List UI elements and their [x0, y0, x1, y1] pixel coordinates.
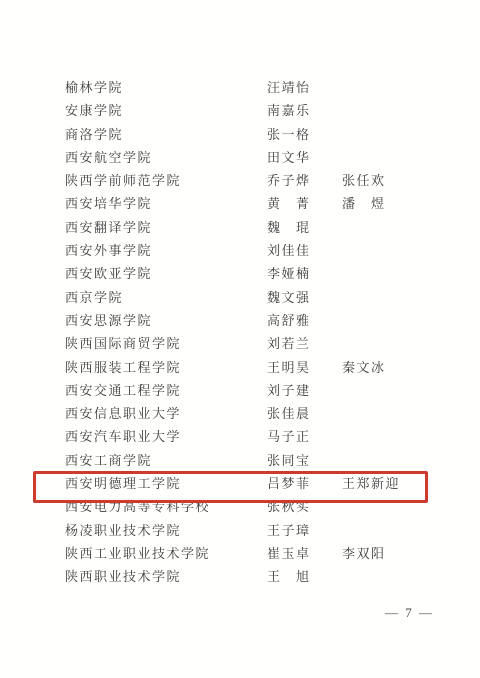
school-name: 陕西工业职业技术学院: [65, 542, 210, 565]
table-row: 陕西服装工程学院 王明昊 秦文冰: [0, 356, 480, 379]
member-name-1: 王子璋: [267, 519, 311, 542]
table-row: 西安翻译学院 魏 琨: [0, 216, 480, 239]
member-name-1: 魏文强: [267, 286, 311, 309]
school-name: 西安信息职业大学: [65, 402, 181, 425]
member-name-1: 张佳晨: [267, 402, 311, 425]
table-row: 西安欧亚学院 李娅楠: [0, 262, 480, 285]
member-name-1: 李娅楠: [267, 262, 311, 285]
table-row: 杨凌职业技术学院 王子璋: [0, 519, 480, 542]
table-row: 西安培华学院 黄 菁 潘 煜: [0, 192, 480, 215]
table-row: 陕西国际商贸学院 刘若兰: [0, 332, 480, 355]
school-name: 榆林学院: [65, 76, 123, 99]
member-name-1: 魏 琨: [267, 216, 311, 239]
member-name-2: 王郑新迎: [342, 472, 400, 495]
member-name-1: 王明昊: [267, 356, 311, 379]
table-row: 西安航空学院 田文华: [0, 146, 480, 169]
table-row: 安康学院 南嘉乐: [0, 99, 480, 122]
member-name-1: 田文华: [267, 146, 311, 169]
award-list: 榆林学院 汪靖怡 安康学院 南嘉乐 商洛学院 张一格 西安航空学院 田文华 陕西…: [0, 76, 480, 589]
school-name: 西安外事学院: [65, 239, 152, 262]
member-name-1: 乔子烨: [267, 169, 311, 192]
table-row: 西安汽车职业大学 马子正: [0, 425, 480, 448]
table-row: 西安信息职业大学 张佳晨: [0, 402, 480, 425]
school-name: 西安工商学院: [65, 449, 152, 472]
member-name-1: 刘佳佳: [267, 239, 311, 262]
member-name-1: 刘子建: [267, 379, 311, 402]
member-name-1: 张一格: [267, 123, 311, 146]
school-name: 西京学院: [65, 286, 123, 309]
member-name-2: 秦文冰: [342, 356, 386, 379]
table-row: 西安明德理工学院 吕梦菲 王郑新迎: [0, 472, 480, 495]
member-name-1: 南嘉乐: [267, 99, 311, 122]
member-name-1: 刘若兰: [267, 332, 311, 355]
school-name: 西安电力高等专科学校: [65, 495, 210, 518]
table-row: 陕西工业职业技术学院 崔玉卓 李双阳: [0, 542, 480, 565]
school-name: 西安思源学院: [65, 309, 152, 332]
school-name: 商洛学院: [65, 123, 123, 146]
school-name: 陕西职业技术学院: [65, 565, 181, 588]
school-name: 西安航空学院: [65, 146, 152, 169]
table-row: 西安工商学院 张同宝: [0, 449, 480, 472]
table-row: 西安交通工程学院 刘子建: [0, 379, 480, 402]
member-name-1: 王 旭: [267, 565, 311, 588]
school-name: 杨凌职业技术学院: [65, 519, 181, 542]
member-name-1: 黄 菁: [267, 192, 311, 215]
table-row: 西安思源学院 高舒雅: [0, 309, 480, 332]
member-name-2: 李双阳: [342, 542, 386, 565]
school-name: 西安交通工程学院: [65, 379, 181, 402]
member-name-2: 潘 煜: [342, 192, 386, 215]
table-row: 陕西学前师范学院 乔子烨 张任欢: [0, 169, 480, 192]
school-name: 西安翻译学院: [65, 216, 152, 239]
member-name-1: 马子正: [267, 425, 311, 448]
school-name: 西安汽车职业大学: [65, 425, 181, 448]
member-name-2: 张任欢: [342, 169, 386, 192]
table-row: 陕西职业技术学院 王 旭: [0, 565, 480, 588]
table-row: 榆林学院 汪靖怡: [0, 76, 480, 99]
table-row: 西京学院 魏文强: [0, 286, 480, 309]
member-name-1: 张同宝: [267, 449, 311, 472]
member-name-1: 高舒雅: [267, 309, 311, 332]
school-name: 西安明德理工学院: [65, 472, 181, 495]
school-name: 陕西服装工程学院: [65, 356, 181, 379]
table-row: 西安电力高等专科学校 张秋实: [0, 495, 480, 518]
school-name: 安康学院: [65, 99, 123, 122]
page-number: — 7 —: [385, 605, 434, 621]
member-name-1: 汪靖怡: [267, 76, 311, 99]
member-name-1: 张秋实: [267, 495, 311, 518]
school-name: 西安培华学院: [65, 192, 152, 215]
school-name: 西安欧亚学院: [65, 262, 152, 285]
member-name-1: 吕梦菲: [267, 472, 311, 495]
school-name: 陕西学前师范学院: [65, 169, 181, 192]
table-row: 商洛学院 张一格: [0, 123, 480, 146]
document-page: 榆林学院 汪靖怡 安康学院 南嘉乐 商洛学院 张一格 西安航空学院 田文华 陕西…: [0, 0, 480, 678]
table-row: 西安外事学院 刘佳佳: [0, 239, 480, 262]
member-name-1: 崔玉卓: [267, 542, 311, 565]
school-name: 陕西国际商贸学院: [65, 332, 181, 355]
